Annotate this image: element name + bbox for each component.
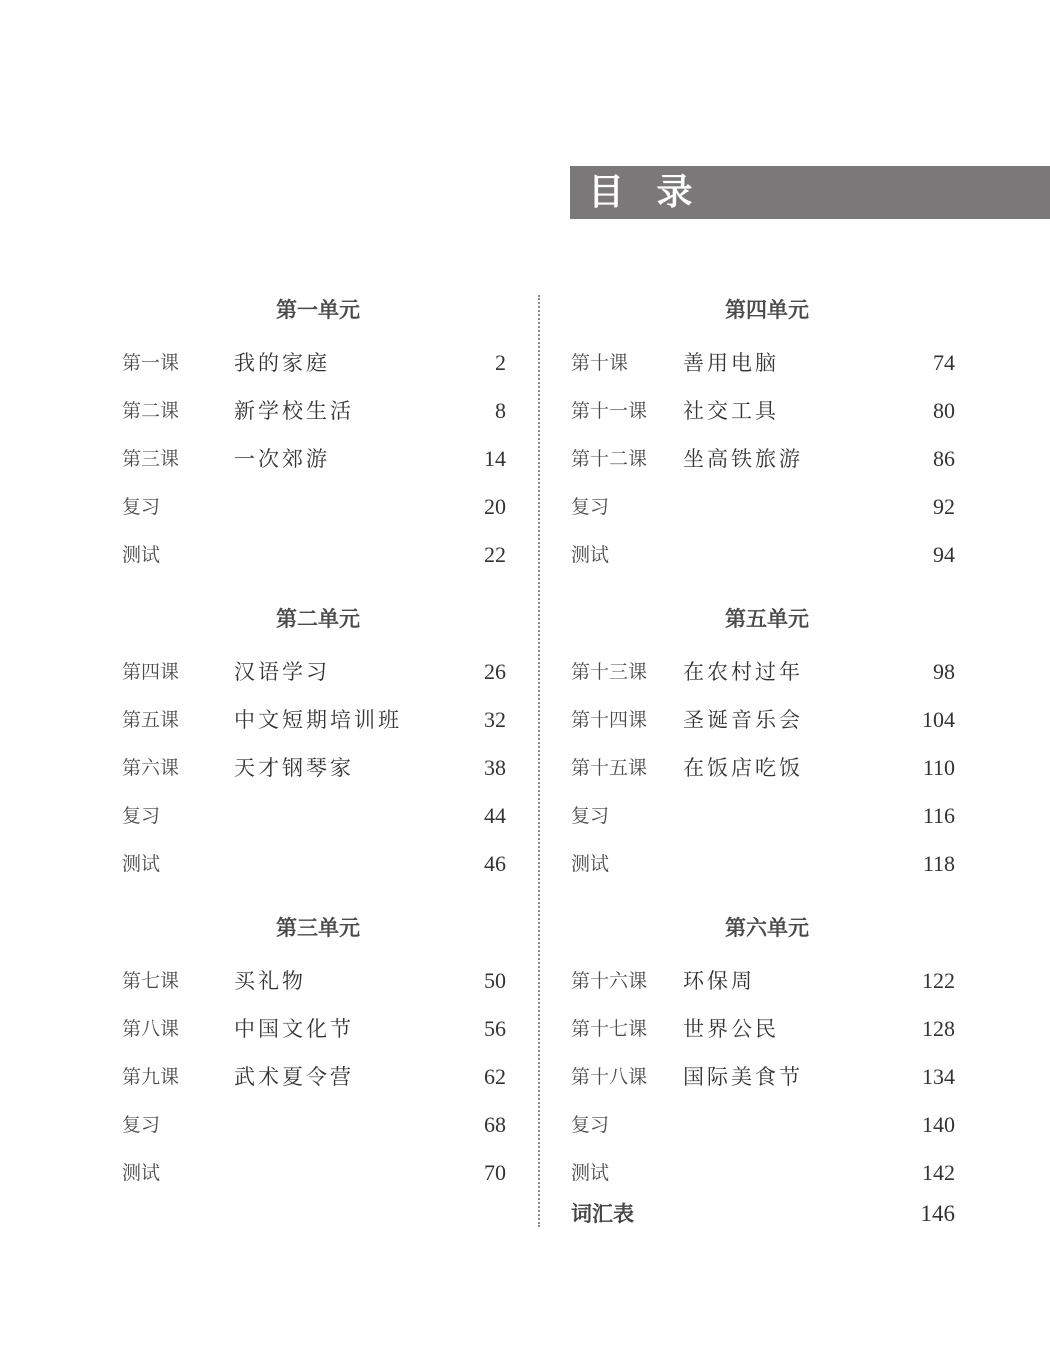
toc-entry[interactable]: 第十六课环保周122 <box>571 957 961 1005</box>
lesson-title: 在饭店吃饭 <box>683 744 803 792</box>
lesson-title: 环保周 <box>683 957 755 1005</box>
toc-entry[interactable]: 第七课买礼物50 <box>122 957 512 1005</box>
lesson-title: 坐高铁旅游 <box>683 435 803 483</box>
page-number: 118 <box>923 840 955 888</box>
review-label: 复习 <box>122 792 160 840</box>
review-label: 复习 <box>571 1101 609 1149</box>
lesson-title: 国际美食节 <box>683 1053 803 1101</box>
toc-entry[interactable]: 第五课中文短期培训班32 <box>122 696 512 744</box>
page-number: 80 <box>933 387 955 435</box>
lesson-number: 第十五课 <box>571 744 647 792</box>
toc-entry[interactable]: 第九课武术夏令营62 <box>122 1053 512 1101</box>
glossary-label: 词汇表 <box>571 1190 634 1238</box>
lesson-title: 中国文化节 <box>234 1005 354 1053</box>
page-number: 74 <box>933 339 955 387</box>
page-number: 134 <box>922 1053 955 1101</box>
toc-entry-review[interactable]: 复习92 <box>571 483 961 531</box>
review-label: 复习 <box>571 792 609 840</box>
toc-entry[interactable]: 第十四课圣诞音乐会104 <box>571 696 961 744</box>
toc-entry[interactable]: 第十五课在饭店吃饭110 <box>571 744 961 792</box>
toc-entry-test[interactable]: 测试22 <box>122 531 512 579</box>
toc-entry[interactable]: 第八课中国文化节56 <box>122 1005 512 1053</box>
page-number: 32 <box>484 696 506 744</box>
page-number: 86 <box>933 435 955 483</box>
toc-right-column: 第四单元 第十课善用电脑74 第十一课社交工具80 第十二课坐高铁旅游86 复习… <box>571 292 961 1219</box>
unit-title: 第一单元 <box>122 292 512 328</box>
review-label: 复习 <box>122 1101 160 1149</box>
toc-entry[interactable]: 第三课一次郊游14 <box>122 435 512 483</box>
unit-section: 第五单元 第十三课在农村过年98 第十四课圣诞音乐会104 第十五课在饭店吃饭1… <box>571 601 961 888</box>
toc-entry[interactable]: 第六课天才钢琴家38 <box>122 744 512 792</box>
toc-entry[interactable]: 第一课我的家庭2 <box>122 339 512 387</box>
page-number: 2 <box>495 339 506 387</box>
unit-section: 第四单元 第十课善用电脑74 第十一课社交工具80 第十二课坐高铁旅游86 复习… <box>571 292 961 579</box>
toc-entry-review[interactable]: 复习44 <box>122 792 512 840</box>
page-number: 104 <box>922 696 955 744</box>
lesson-title: 我的家庭 <box>234 339 330 387</box>
test-label: 测试 <box>122 531 160 579</box>
review-label: 复习 <box>122 483 160 531</box>
page-number: 38 <box>484 744 506 792</box>
toc-entry-review[interactable]: 复习68 <box>122 1101 512 1149</box>
toc-entry[interactable]: 第十三课在农村过年98 <box>571 648 961 696</box>
page-number: 122 <box>922 957 955 1005</box>
column-divider <box>538 295 540 1227</box>
lesson-number: 第十四课 <box>571 696 647 744</box>
page-number: 98 <box>933 648 955 696</box>
page-number: 94 <box>933 531 955 579</box>
page-number: 62 <box>484 1053 506 1101</box>
page-number: 110 <box>923 744 955 792</box>
lesson-number: 第三课 <box>122 435 179 483</box>
page-number: 68 <box>484 1101 506 1149</box>
lesson-title: 新学校生活 <box>234 387 354 435</box>
test-label: 测试 <box>122 840 160 888</box>
lesson-number: 第十课 <box>571 339 628 387</box>
page-number: 46 <box>484 840 506 888</box>
toc-entry[interactable]: 第十课善用电脑74 <box>571 339 961 387</box>
lesson-number: 第十二课 <box>571 435 647 483</box>
page-number: 128 <box>922 1005 955 1053</box>
page-number: 70 <box>484 1149 506 1197</box>
lesson-number: 第九课 <box>122 1053 179 1101</box>
page-number: 116 <box>923 792 955 840</box>
toc-entry[interactable]: 第十二课坐高铁旅游86 <box>571 435 961 483</box>
toc-entry-test[interactable]: 测试70 <box>122 1149 512 1197</box>
toc-title: 目 录 <box>588 170 703 216</box>
lesson-title: 买礼物 <box>234 957 306 1005</box>
unit-title: 第五单元 <box>571 601 961 637</box>
unit-section: 第二单元 第四课汉语学习26 第五课中文短期培训班32 第六课天才钢琴家38 复… <box>122 601 512 888</box>
lesson-title: 中文短期培训班 <box>234 696 402 744</box>
lesson-title: 武术夏令营 <box>234 1053 354 1101</box>
lesson-title: 社交工具 <box>683 387 779 435</box>
page-number: 50 <box>484 957 506 1005</box>
toc-entry-glossary[interactable]: 词汇表 146 <box>571 1190 961 1238</box>
lesson-number: 第二课 <box>122 387 179 435</box>
toc-entry[interactable]: 第四课汉语学习26 <box>122 648 512 696</box>
page-number: 22 <box>484 531 506 579</box>
lesson-number: 第一课 <box>122 339 179 387</box>
unit-title: 第六单元 <box>571 910 961 946</box>
toc-title-bar: 目 录 <box>570 166 1050 219</box>
unit-section: 第三单元 第七课买礼物50 第八课中国文化节56 第九课武术夏令营62 复习68… <box>122 910 512 1197</box>
page-number: 8 <box>495 387 506 435</box>
test-label: 测试 <box>571 840 609 888</box>
lesson-number: 第十六课 <box>571 957 647 1005</box>
lesson-number: 第七课 <box>122 957 179 1005</box>
lesson-number: 第五课 <box>122 696 179 744</box>
toc-entry[interactable]: 第十八课国际美食节134 <box>571 1053 961 1101</box>
lesson-title: 在农村过年 <box>683 648 803 696</box>
page-number: 20 <box>484 483 506 531</box>
lesson-number: 第四课 <box>122 648 179 696</box>
page-number: 140 <box>922 1101 955 1149</box>
unit-title: 第三单元 <box>122 910 512 946</box>
lesson-title: 一次郊游 <box>234 435 330 483</box>
lesson-title: 善用电脑 <box>683 339 779 387</box>
lesson-number: 第六课 <box>122 744 179 792</box>
toc-left-column: 第一单元 第一课我的家庭2 第二课新学校生活8 第三课一次郊游14 复习20 测… <box>122 292 512 1219</box>
review-label: 复习 <box>571 483 609 531</box>
page-number: 26 <box>484 648 506 696</box>
test-label: 测试 <box>571 531 609 579</box>
toc-entry[interactable]: 第十七课世界公民128 <box>571 1005 961 1053</box>
lesson-number: 第八课 <box>122 1005 179 1053</box>
lesson-number: 第十七课 <box>571 1005 647 1053</box>
page-number: 14 <box>484 435 506 483</box>
lesson-number: 第十一课 <box>571 387 647 435</box>
lesson-number: 第十三课 <box>571 648 647 696</box>
toc-entry-test[interactable]: 测试46 <box>122 840 512 888</box>
lesson-number: 第十八课 <box>571 1053 647 1101</box>
toc-entry-test[interactable]: 测试118 <box>571 840 961 888</box>
unit-title: 第四单元 <box>571 292 961 328</box>
page-number: 146 <box>921 1190 956 1238</box>
page-number: 44 <box>484 792 506 840</box>
unit-section: 第六单元 第十六课环保周122 第十七课世界公民128 第十八课国际美食节134… <box>571 910 961 1197</box>
page-number: 56 <box>484 1005 506 1053</box>
toc-entry-review[interactable]: 复习20 <box>122 483 512 531</box>
unit-title: 第二单元 <box>122 601 512 637</box>
page-number: 92 <box>933 483 955 531</box>
lesson-title: 天才钢琴家 <box>234 744 354 792</box>
lesson-title: 圣诞音乐会 <box>683 696 803 744</box>
toc-entry-review[interactable]: 复习116 <box>571 792 961 840</box>
test-label: 测试 <box>122 1149 160 1197</box>
unit-section: 第一单元 第一课我的家庭2 第二课新学校生活8 第三课一次郊游14 复习20 测… <box>122 292 512 579</box>
lesson-title: 汉语学习 <box>234 648 330 696</box>
toc-entry-review[interactable]: 复习140 <box>571 1101 961 1149</box>
lesson-title: 世界公民 <box>683 1005 779 1053</box>
toc-entry[interactable]: 第十一课社交工具80 <box>571 387 961 435</box>
toc-entry[interactable]: 第二课新学校生活8 <box>122 387 512 435</box>
toc-entry-test[interactable]: 测试94 <box>571 531 961 579</box>
